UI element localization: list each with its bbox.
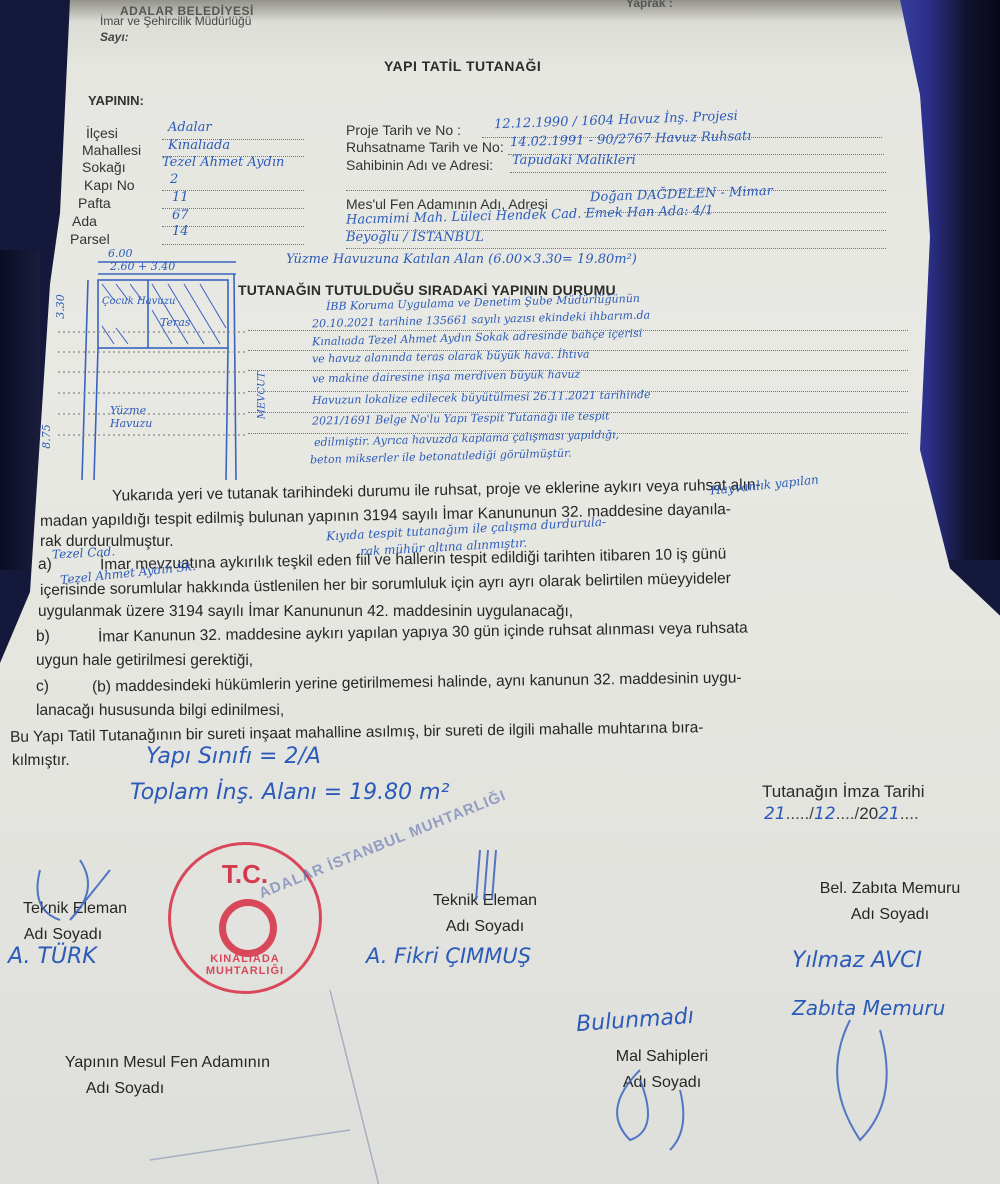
building-section-label: YAPININ: — [88, 93, 144, 108]
yaprak-label: Yaprak : — [626, 0, 673, 10]
paragraph-line: uygulanmak üzere 3194 sayılı İmar Kanunu… — [38, 603, 573, 621]
field-label-ilce: İlçesi — [86, 125, 118, 141]
field-label-ruhsatname: Ruhsatname Tarih ve No: — [346, 139, 504, 155]
sketch-label-yuzme-havuzu: Yüzme Havuzu — [110, 404, 170, 430]
signature-date-month: 12 — [814, 804, 836, 824]
field-label-ada: Ada — [72, 213, 97, 229]
field-value-fen-adami: Doğan DAĞDELEN - Mimar — [590, 184, 773, 205]
signature-date-year-suffix: 21 — [878, 804, 900, 824]
signature-date-year-prefix: 20 — [859, 804, 878, 823]
field-value-sokak: Tezel Ahmet Aydın — [162, 155, 284, 170]
sketch-area-note: Yüzme Havuzuna Katılan Alan (6.00×3.30= … — [286, 252, 637, 267]
sayi-label: Sayı: — [100, 30, 129, 44]
paragraph-line: uygun hale getirilmesi gerektiği, — [36, 652, 253, 670]
sketch-label-teras: Teras — [160, 316, 190, 329]
field-value-kapi-no: 2 — [170, 172, 178, 187]
sketch-width-parts: 2.60 + 3.40 — [110, 260, 175, 273]
signature-scribbles — [0, 830, 1000, 1184]
yapi-sinifi-note: Yapı Sınıfı = 2/A — [146, 744, 321, 769]
paragraph-line: İmar Kanunun 32. maddesine aykırı yapıla… — [98, 619, 748, 646]
item-marker-c: c) — [36, 678, 49, 696]
sketch-dim-left-2: 8.75 — [40, 424, 53, 449]
background-edge — [0, 250, 40, 570]
field-value-sahibi: Tapudaki Malikleri — [512, 153, 636, 168]
document-title: YAPI TATİL TUTANAĞI — [384, 58, 541, 74]
field-label-proje: Proje Tarih ve No : — [346, 122, 461, 138]
field-label-mahalle: Mahallesi — [82, 142, 141, 158]
toplam-alan-note: Toplam İnş. Alanı = 19.80 m² — [130, 780, 449, 805]
field-label-pafta: Pafta — [78, 195, 111, 211]
sketch-width-total: 6.00 — [108, 247, 133, 260]
paragraph-line: Bu Yapı Tatil Tutanağının bir sureti inş… — [10, 719, 704, 747]
field-label-kapi-no: Kapı No — [84, 177, 135, 193]
paragraph-line: lanacağı hususunda bilgi edinilmesi, — [36, 702, 284, 720]
paragraph-line: kılmıştır. — [12, 752, 70, 770]
paragraph-line: (b) maddesindeki hükümlerin yerine getir… — [92, 669, 742, 696]
signature-date-label: Tutanağın İmza Tarihi — [762, 782, 925, 802]
sketch-dim-left-1: 3.30 — [54, 294, 67, 319]
department-name: İmar ve Şehircilik Müdürlüğü — [100, 14, 251, 28]
site-sketch — [58, 250, 248, 480]
signature-date-day: 21 — [764, 804, 786, 824]
field-label-parsel: Parsel — [70, 231, 110, 247]
document-page: ADALAR BELEDİYESİ İmar ve Şehircilik Müd… — [0, 0, 1000, 1184]
field-label-sahibi: Sahibinin Adı ve Adresi: — [346, 157, 493, 173]
field-value-ilce: Adalar — [168, 120, 212, 135]
status-line: beton mikserler ile betonatılediği görül… — [310, 447, 572, 467]
item-marker-a: a) — [38, 556, 52, 574]
signature-date: 21...../12..../2021.... — [764, 804, 919, 824]
field-value-mahalle: Kınalıada — [168, 138, 230, 153]
item-marker-b: b) — [36, 628, 50, 646]
sketch-label-cocuk-havuzu: Çocuk Havuzu — [102, 296, 175, 307]
field-value-ruhsatname: 14.02.1991 - 90/2767 Havuz Ruhsatı — [510, 129, 752, 150]
status-line: edilmiştir. Ayrıca havuzda kaplama çalış… — [314, 428, 619, 449]
field-value-ada: 67 — [172, 208, 189, 223]
field-value-pafta: 11 — [172, 190, 189, 205]
field-value-parsel: 14 — [172, 224, 189, 239]
field-label-sokak: Sokağı — [82, 159, 126, 175]
field-value-fen-adami-city: Beyoğlu / İSTANBUL — [346, 230, 484, 245]
field-value-proje: 12.12.1990 / 1604 Havuz İnş. Projesi — [494, 109, 738, 133]
